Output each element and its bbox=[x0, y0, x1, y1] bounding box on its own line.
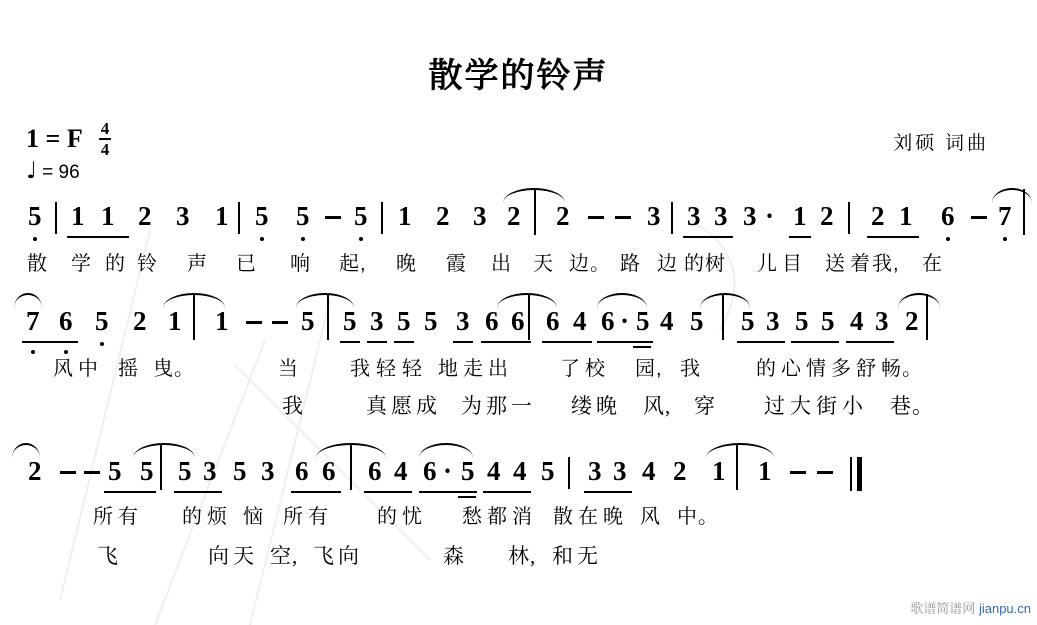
lyric-char: 散 bbox=[27, 247, 48, 276]
lyric-char: 舒 bbox=[856, 352, 877, 381]
note-digit: 7 bbox=[26, 308, 40, 335]
sixteenth-underline bbox=[633, 346, 651, 348]
lyric-char: 真 bbox=[366, 390, 388, 420]
eighth-underline bbox=[67, 236, 129, 238]
note-digit: 3 bbox=[456, 308, 470, 335]
lyric-char: 走 bbox=[463, 352, 484, 381]
lyric-char: 路 bbox=[620, 247, 641, 276]
lyric-char: 一 bbox=[511, 390, 533, 420]
lyric-char: 地 bbox=[438, 352, 459, 381]
lyric-char: 为 bbox=[461, 390, 483, 420]
lyric-char: 当 bbox=[278, 352, 299, 381]
note-digit: 3 bbox=[714, 203, 728, 230]
lyric-char: 起, bbox=[339, 247, 367, 276]
eighth-underline bbox=[419, 491, 477, 493]
note-digit: 1 bbox=[758, 458, 772, 485]
note-digit: 6 bbox=[511, 308, 525, 335]
note-digit: 5 bbox=[255, 203, 269, 230]
note-digit: 6 bbox=[59, 308, 73, 335]
note-digit: 1 bbox=[101, 203, 115, 230]
sixteenth-underline bbox=[458, 496, 476, 498]
duration-dash bbox=[615, 216, 631, 219]
site-link[interactable]: jianpu.cn bbox=[979, 601, 1031, 616]
note-digit: 6 bbox=[423, 458, 437, 485]
note-digit: 5 bbox=[95, 308, 109, 335]
note-digit: 2 bbox=[436, 203, 450, 230]
eighth-underline bbox=[453, 341, 473, 343]
note-digit: 5 bbox=[343, 308, 357, 335]
note-digit: 2 bbox=[673, 458, 687, 485]
note-digit: 6 bbox=[322, 458, 336, 485]
lyric-char: 愿 bbox=[391, 390, 413, 420]
note-digit: 3 bbox=[875, 308, 889, 335]
tie-arc bbox=[163, 293, 225, 308]
note-digit: 6 bbox=[485, 308, 499, 335]
eighth-underline bbox=[340, 341, 360, 343]
lyric-char: 的 bbox=[684, 247, 705, 276]
note-digit: 2 bbox=[138, 203, 152, 230]
eighth-underline bbox=[597, 341, 653, 343]
note-digit: 4 bbox=[487, 458, 501, 485]
lyric-char: 风 bbox=[640, 500, 661, 529]
note-digit: 4 bbox=[573, 308, 587, 335]
duration-dash bbox=[84, 471, 100, 474]
duration-dash bbox=[272, 321, 288, 324]
eighth-underline bbox=[846, 341, 894, 343]
site-watermark: 歌谱简谱网 jianpu.cn bbox=[910, 598, 1031, 617]
lyric-char: 出 bbox=[491, 247, 512, 276]
note-digit: 3 bbox=[766, 308, 780, 335]
barline bbox=[848, 202, 850, 234]
lyric-char: 铃 bbox=[137, 247, 158, 276]
lyric-char: 那 bbox=[486, 390, 508, 420]
lyric-char: 的 bbox=[756, 352, 777, 381]
lyric-char: 散 bbox=[553, 500, 574, 529]
lyric-char: 了 bbox=[560, 352, 581, 381]
lyric-char: 儿 bbox=[757, 247, 778, 276]
lyric-char: 曳。 bbox=[153, 352, 195, 381]
eighth-underline bbox=[737, 341, 785, 343]
eighth-underline bbox=[364, 491, 412, 493]
lyric-char: 晚 bbox=[396, 247, 417, 276]
note-digit: 2 bbox=[871, 203, 885, 230]
lyric-char: 出 bbox=[488, 352, 509, 381]
lyric-char: 轻 bbox=[376, 352, 397, 381]
tie-arc bbox=[700, 293, 750, 308]
lyric-char: 校 bbox=[585, 352, 606, 381]
lyric-char: 风, bbox=[643, 390, 671, 420]
lyric-char: 树 bbox=[705, 247, 726, 276]
barline bbox=[381, 202, 383, 234]
lyric-char: 边。 bbox=[569, 247, 611, 276]
note-digit: 5 bbox=[461, 458, 475, 485]
eighth-underline bbox=[683, 236, 733, 238]
lyric-char: 的 bbox=[377, 500, 398, 529]
lyric-char: 穿 bbox=[694, 390, 716, 420]
lyric-char: 烦 bbox=[207, 500, 228, 529]
lyric-char: 飞 bbox=[313, 540, 335, 570]
note-digit: 6 bbox=[546, 308, 560, 335]
note-digit: 5 bbox=[795, 308, 809, 335]
lyric-char: 忧 bbox=[402, 500, 423, 529]
lyric-char: 我 bbox=[282, 390, 304, 420]
eighth-underline bbox=[542, 341, 592, 343]
note-digit: 4 bbox=[513, 458, 527, 485]
eighth-underline bbox=[867, 236, 919, 238]
duration-dash bbox=[325, 216, 341, 219]
lyric-char: 晚 bbox=[603, 500, 624, 529]
lyric-char: 摇 bbox=[118, 352, 139, 381]
tie-arc bbox=[706, 443, 774, 458]
note-digit: 6 bbox=[601, 308, 615, 335]
lyric-char: 已 bbox=[236, 247, 257, 276]
note-digit: 1 bbox=[712, 458, 726, 485]
lyric-char: 无 bbox=[577, 540, 599, 570]
note-digit: 5 bbox=[354, 203, 368, 230]
lyric-char: 飞 bbox=[97, 540, 119, 570]
duration-dash bbox=[790, 471, 806, 474]
lyric-char: 所 bbox=[93, 500, 114, 529]
lyric-char: 边 bbox=[657, 247, 678, 276]
note-digit: 4 bbox=[850, 308, 864, 335]
lyric-char: 缕 bbox=[571, 390, 593, 420]
note-digit: 5 bbox=[140, 458, 154, 485]
note-digit: 6 bbox=[295, 458, 309, 485]
note-digit: 1 bbox=[71, 203, 85, 230]
lyric-char: 风 bbox=[53, 352, 74, 381]
duration-dash bbox=[588, 216, 604, 219]
lyric-char: 响 bbox=[290, 247, 311, 276]
tie-arc bbox=[14, 293, 42, 308]
site-name: 歌谱简谱网 bbox=[910, 601, 979, 616]
note-digit: 5 bbox=[178, 458, 192, 485]
lyric-char: 的 bbox=[182, 500, 203, 529]
lyric-char: 小 bbox=[842, 390, 864, 420]
low-octave-dot bbox=[31, 350, 35, 354]
augmentation-dot: · bbox=[765, 203, 774, 230]
lyric-char: 向 bbox=[208, 540, 230, 570]
augmentation-dot: · bbox=[620, 308, 629, 335]
note-digit: 4 bbox=[642, 458, 656, 485]
tie-arc bbox=[597, 293, 647, 308]
barline bbox=[238, 202, 240, 234]
lyric-char: 我, bbox=[872, 247, 900, 276]
lyric-char: 天 bbox=[533, 247, 554, 276]
lyric-char: 目 bbox=[782, 247, 803, 276]
barline bbox=[55, 202, 57, 234]
low-octave-dot bbox=[33, 237, 37, 241]
eighth-underline bbox=[22, 341, 78, 343]
note-digit: 5 bbox=[397, 308, 411, 335]
lyric-char: 声 bbox=[187, 247, 208, 276]
eighth-underline bbox=[367, 341, 387, 343]
lyric-char: 和 bbox=[552, 540, 574, 570]
barline bbox=[671, 202, 673, 234]
lyric-char: 大 bbox=[790, 390, 812, 420]
tie-arc bbox=[12, 443, 40, 458]
eighth-underline bbox=[584, 491, 632, 493]
note-digit: 7 bbox=[998, 203, 1012, 230]
barline bbox=[568, 457, 570, 489]
lyric-char: 情 bbox=[806, 352, 827, 381]
tie-arc bbox=[296, 293, 354, 308]
lyric-char: 送 bbox=[825, 247, 846, 276]
note-digit: 4 bbox=[660, 308, 674, 335]
note-digit: 2 bbox=[905, 308, 919, 335]
lyric-char: 园, bbox=[635, 352, 663, 381]
eighth-underline bbox=[104, 491, 156, 493]
note-digit: 3 bbox=[203, 458, 217, 485]
tie-arc bbox=[419, 443, 473, 458]
lyric-char: 着 bbox=[850, 247, 871, 276]
final-barline-thick bbox=[857, 457, 862, 491]
low-octave-dot bbox=[301, 237, 305, 241]
note-digit: 5 bbox=[28, 203, 42, 230]
duration-dash bbox=[246, 321, 262, 324]
note-digit: 6 bbox=[941, 203, 955, 230]
lyric-char: 消 bbox=[512, 500, 533, 529]
sheet-music-page: 散学的铃声 1 = F 4 4 ♩ = 96 刘硕 词曲 51123155512… bbox=[0, 0, 1037, 625]
lyric-char: 巷。 bbox=[890, 390, 934, 420]
tie-arc bbox=[503, 188, 565, 203]
score-body: 511231555123223333·122167散学的铃声已响起,晚霞出天边。… bbox=[0, 0, 1037, 625]
note-digit: 5 bbox=[108, 458, 122, 485]
note-digit: 2 bbox=[28, 458, 42, 485]
note-digit: 3 bbox=[370, 308, 384, 335]
eighth-underline bbox=[291, 491, 341, 493]
lyric-char: 学 bbox=[71, 247, 92, 276]
tie-arc bbox=[316, 443, 386, 458]
low-octave-dot bbox=[1003, 237, 1007, 241]
lyric-char: 的 bbox=[105, 247, 126, 276]
lyric-char: 街 bbox=[816, 390, 838, 420]
note-digit: 5 bbox=[636, 308, 650, 335]
lyric-char: 都 bbox=[487, 500, 508, 529]
low-octave-dot bbox=[946, 237, 950, 241]
lyric-char: 向 bbox=[338, 540, 360, 570]
note-digit: 1 bbox=[168, 308, 182, 335]
duration-dash bbox=[60, 471, 76, 474]
note-digit: 3 bbox=[613, 458, 627, 485]
tie-arc bbox=[497, 293, 557, 308]
eighth-underline bbox=[394, 341, 414, 343]
note-digit: 2 bbox=[820, 203, 834, 230]
note-digit: 5 bbox=[424, 308, 438, 335]
note-digit: 1 bbox=[215, 203, 229, 230]
lyric-char: 愁 bbox=[462, 500, 483, 529]
lyric-char: 畅。 bbox=[881, 352, 923, 381]
note-digit: 1 bbox=[793, 203, 807, 230]
note-digit: 5 bbox=[541, 458, 555, 485]
note-digit: 5 bbox=[741, 308, 755, 335]
note-digit: 1 bbox=[398, 203, 412, 230]
note-digit: 1 bbox=[899, 203, 913, 230]
lyric-char: 中 bbox=[78, 352, 99, 381]
low-octave-dot bbox=[260, 237, 264, 241]
note-digit: 2 bbox=[133, 308, 147, 335]
note-digit: 2 bbox=[556, 203, 570, 230]
lyric-char: 我 bbox=[680, 352, 701, 381]
lyric-char: 轻 bbox=[402, 352, 423, 381]
note-digit: 5 bbox=[301, 308, 315, 335]
lyric-char: 林, bbox=[508, 540, 536, 570]
eighth-underline bbox=[483, 491, 531, 493]
note-digit: 3 bbox=[588, 458, 602, 485]
lyric-char: 晚 bbox=[596, 390, 618, 420]
eighth-underline bbox=[789, 236, 811, 238]
note-digit: 5 bbox=[296, 203, 310, 230]
note-digit: 3 bbox=[176, 203, 190, 230]
lyric-char: 过 bbox=[764, 390, 786, 420]
tie-arc bbox=[992, 188, 1032, 203]
lyric-char: 天 bbox=[233, 540, 255, 570]
lyric-char: 有 bbox=[308, 500, 329, 529]
note-digit: 5 bbox=[821, 308, 835, 335]
lyric-char: 我 bbox=[350, 352, 371, 381]
note-digit: 3 bbox=[261, 458, 275, 485]
low-octave-dot bbox=[359, 237, 363, 241]
eighth-underline bbox=[481, 341, 531, 343]
lyric-char: 所 bbox=[283, 500, 304, 529]
lyric-char: 恼 bbox=[243, 500, 264, 529]
duration-dash bbox=[971, 216, 987, 219]
note-digit: 5 bbox=[233, 458, 247, 485]
lyric-char: 多 bbox=[831, 352, 852, 381]
note-digit: 5 bbox=[690, 308, 704, 335]
note-digit: 3 bbox=[647, 203, 661, 230]
lyric-char: 中。 bbox=[677, 500, 719, 529]
final-barline-thin bbox=[850, 457, 852, 491]
lyric-char: 森 bbox=[443, 540, 465, 570]
note-digit: 2 bbox=[507, 203, 521, 230]
lyric-char: 在 bbox=[578, 500, 599, 529]
note-digit: 6 bbox=[368, 458, 382, 485]
duration-dash bbox=[817, 471, 833, 474]
lyric-char: 有 bbox=[118, 500, 139, 529]
note-digit: 3 bbox=[473, 203, 487, 230]
note-digit: 3 bbox=[743, 203, 757, 230]
lyric-char: 成 bbox=[416, 390, 438, 420]
low-octave-dot bbox=[100, 342, 104, 346]
lyric-char: 霞 bbox=[446, 247, 467, 276]
eighth-underline bbox=[174, 491, 222, 493]
note-digit: 4 bbox=[394, 458, 408, 485]
eighth-underline bbox=[791, 341, 839, 343]
lyric-char: 在 bbox=[922, 247, 943, 276]
tie-arc bbox=[133, 443, 195, 458]
note-digit: 1 bbox=[215, 308, 229, 335]
note-digit: 3 bbox=[687, 203, 701, 230]
augmentation-dot: · bbox=[443, 458, 452, 485]
lyric-char: 空, bbox=[270, 540, 298, 570]
tie-arc bbox=[898, 293, 940, 308]
lyric-char: 心 bbox=[781, 352, 802, 381]
